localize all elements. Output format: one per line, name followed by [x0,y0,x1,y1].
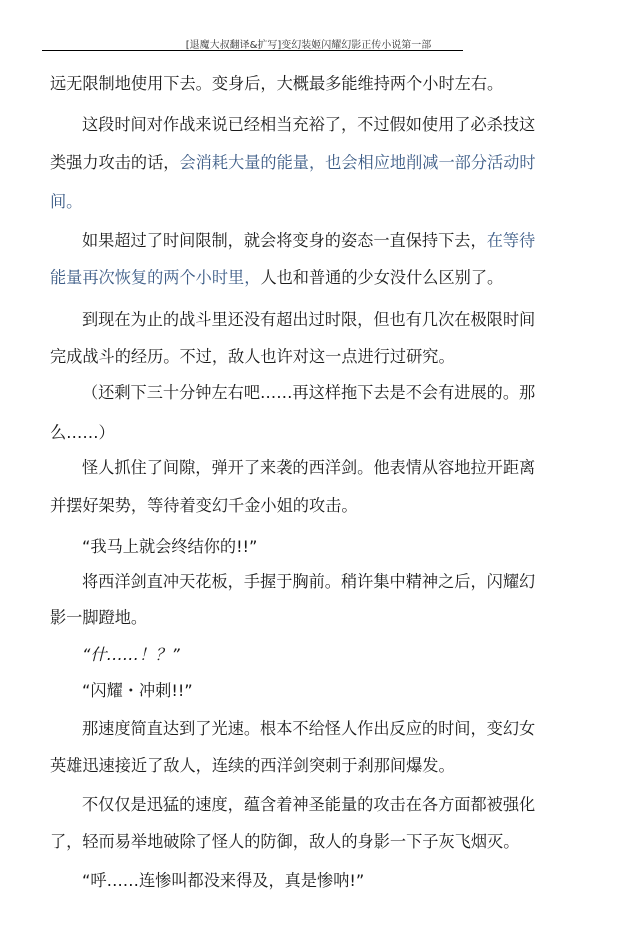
text-line: 怪人抓住了间隙，弹开了来袭的西洋剑。他表情从容地拉开距离 [82,458,535,478]
text-segment: （还剩下三十分钟左右吧……再这样拖下去是不会有进展的。那 [82,383,535,402]
text-segment: 类强力攻击的话， [50,153,180,172]
text-segment: 远无限制地使用下去。变身后，大概最多能维持两个小时左右。 [50,74,503,93]
text-line: 将西洋剑直冲天花板，手握于胸前。稍许集中精神之后，闪耀幻 [82,572,535,592]
header-rule [42,50,463,51]
text-line: 英雄迅速接近了敌人，连续的西洋剑突刺于刹那间爆发。 [50,756,455,776]
text-line: “什……！？” [82,645,180,665]
text-line: 么……） [50,423,115,443]
highlighted-text: 会消耗大量的能量，也会相应地削减一部分活动时 [180,153,536,172]
text-line: “我马上就会终结你的!!” [82,537,257,557]
text-line: 那速度简直达到了光速。根本不给怪人作出反应的时间，变幻女 [82,719,535,739]
text-segment: “呼……连惨叫都没来得及，真是惨呐!” [82,871,364,890]
text-line: “呼……连惨叫都没来得及，真是惨呐!” [82,871,364,891]
text-segment: 了，轻而易举地破除了怪人的防御，敌人的身影一下子灰飞烟灭。 [50,832,519,851]
text-line: 完成战斗的经历。不过，敌人也许对这一点进行过研究。 [50,347,455,367]
text-segment: 怪人抓住了间隙，弹开了来袭的西洋剑。他表情从容地拉开距离 [82,458,535,477]
highlighted-text: 在等待 [487,231,536,250]
highlighted-text: 间。 [50,192,82,211]
text-segment: “闪耀・冲刺!!” [82,681,193,700]
text-line: 并摆好架势，等待着变幻千金小姐的攻击。 [50,496,358,516]
text-segment: 那速度简直达到了光速。根本不给怪人作出反应的时间，变幻女 [82,719,535,738]
text-segment: 英雄迅速接近了敌人，连续的西洋剑突刺于刹那间爆发。 [50,756,455,775]
text-line: 能量再次恢复的两个小时里，人也和普通的少女没什么区别了。 [50,268,503,288]
text-line: 这段时间对作战来说已经相当充裕了，不过假如使用了必杀技这 [82,115,535,135]
text-line: “闪耀・冲刺!!” [82,681,193,701]
text-segment: 不仅仅是迅猛的速度，蕴含着神圣能量的攻击在各方面都被强化 [82,795,535,814]
highlighted-text: 能量再次恢复的两个小时里， [50,268,260,287]
text-segment: 到现在为止的战斗里还没有超出过时限，但也有几次在极限时间 [82,310,535,329]
text-segment: 么……） [50,423,115,442]
text-segment: 如果超过了时间限制，就会将变身的姿态一直保持下去， [82,231,487,250]
text-segment: “我马上就会终结你的!!” [82,537,257,556]
text-line: 间。 [50,192,82,212]
text-line: 如果超过了时间限制，就会将变身的姿态一直保持下去，在等待 [82,231,535,251]
text-segment: 将西洋剑直冲天花板，手握于胸前。稍许集中精神之后，闪耀幻 [82,572,535,591]
text-line: 不仅仅是迅猛的速度，蕴含着神圣能量的攻击在各方面都被强化 [82,795,535,815]
text-segment: 并摆好架势，等待着变幻千金小姐的攻击。 [50,496,358,515]
text-line: 类强力攻击的话，会消耗大量的能量，也会相应地削减一部分活动时 [50,153,536,173]
text-line: （还剩下三十分钟左右吧……再这样拖下去是不会有进展的。那 [82,383,535,403]
text-line: 远无限制地使用下去。变身后，大概最多能维持两个小时左右。 [50,74,503,94]
text-segment: “什……！？” [82,645,180,664]
text-line: 到现在为止的战斗里还没有超出过时限，但也有几次在极限时间 [82,310,535,330]
text-segment: 影一脚蹬地。 [50,608,147,627]
text-line: 了，轻而易举地破除了怪人的防御，敌人的身影一下子灰飞烟灭。 [50,832,519,852]
text-line: 影一脚蹬地。 [50,608,147,628]
text-segment: 这段时间对作战来说已经相当充裕了，不过假如使用了必杀技这 [82,115,535,134]
page-header-title: [退魔大叔翻译&扩写]变幻装姬闪耀幻影正传小说第一部 [0,36,617,51]
text-segment: 人也和普通的少女没什么区别了。 [260,268,503,287]
text-segment: 完成战斗的经历。不过，敌人也许对这一点进行过研究。 [50,347,455,366]
